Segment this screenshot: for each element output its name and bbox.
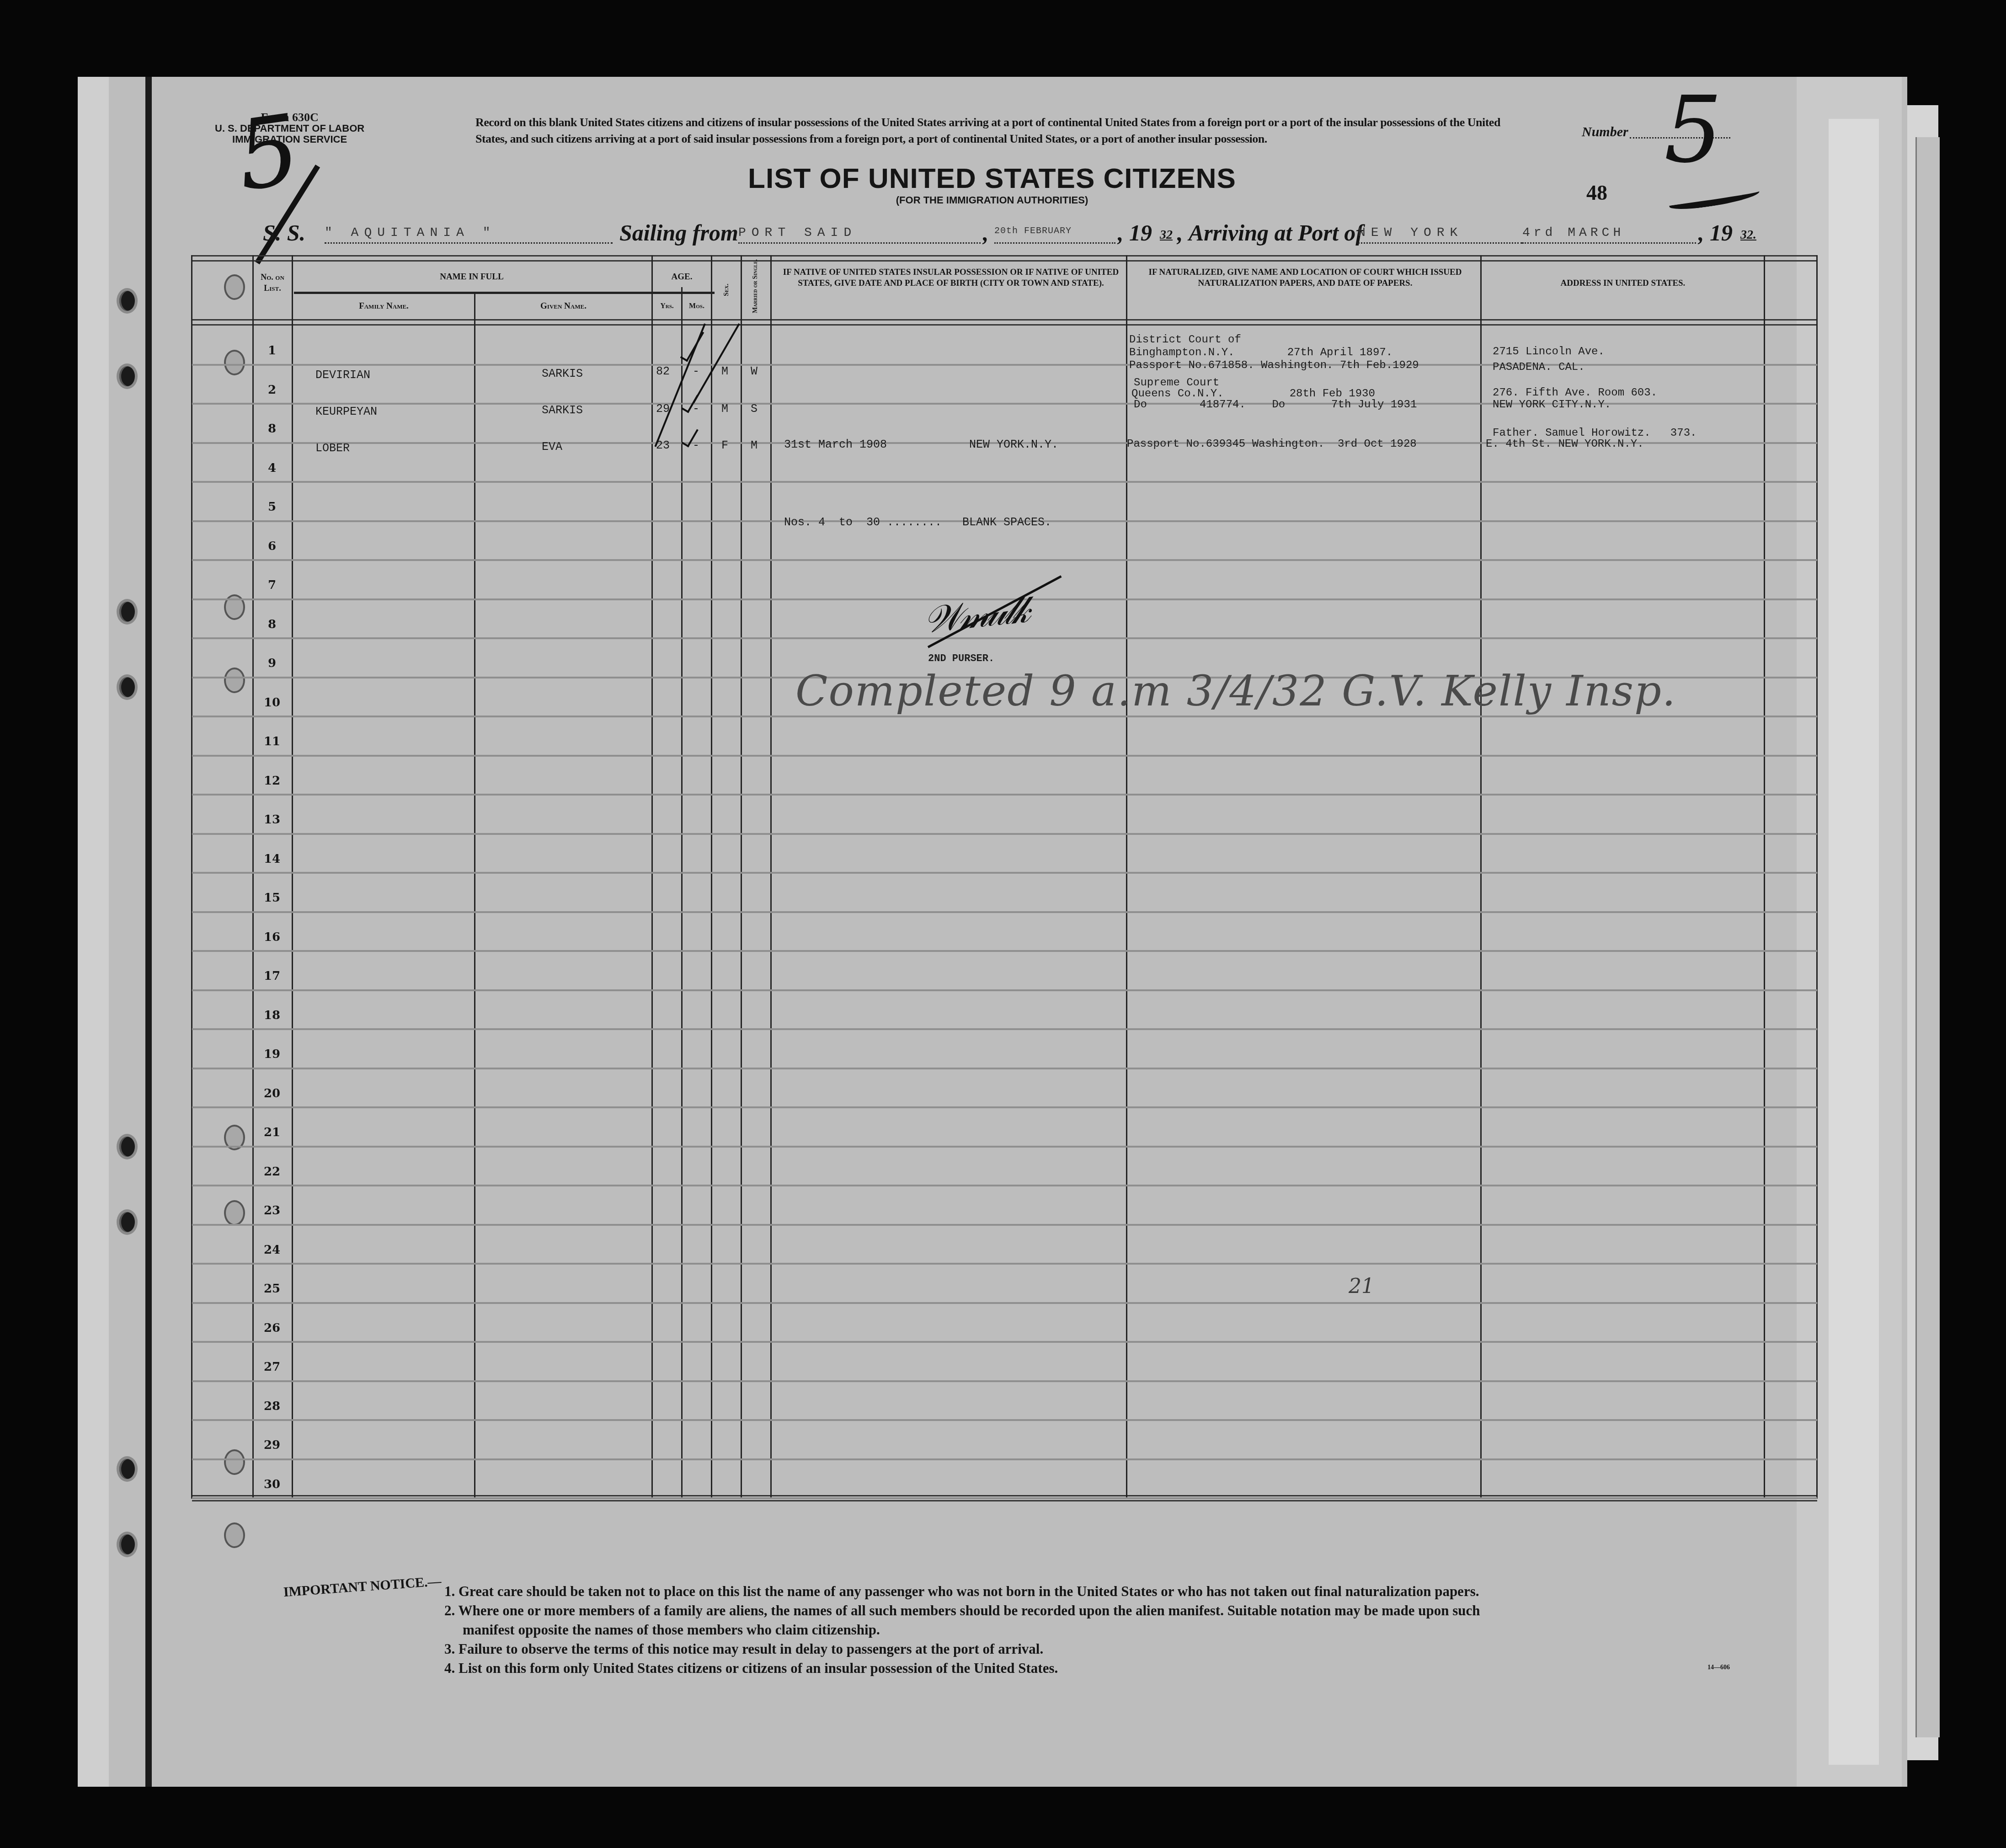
family-name: KEURPEYAN <box>315 405 377 418</box>
address-line-1: 276. Fifth Ave. Room 603. <box>1493 387 1657 399</box>
binder-hole <box>117 1134 138 1159</box>
notice-item-2: 2. Where one or more members of a family… <box>444 1601 1839 1620</box>
punch-ring <box>224 1522 245 1548</box>
check-stroke <box>655 323 706 447</box>
header-family-name: Family Name. <box>293 301 474 312</box>
row-number: 2 <box>251 383 293 397</box>
row-rule <box>192 1185 1817 1186</box>
family-name: DEVIRIAN <box>315 369 370 382</box>
sex: F <box>721 439 728 452</box>
row-number: 19 <box>251 1047 293 1061</box>
underlying-page-right-2 <box>1915 137 1940 1737</box>
naturalization-line-3: Passport No.671858. Washington. 7th Feb.… <box>1129 359 1419 372</box>
row-rule <box>192 1458 1817 1460</box>
address-line-1: 2715 Lincoln Ave. <box>1493 346 1605 358</box>
header-no-on-list: No. on List. <box>254 272 291 294</box>
notice-form-code: 14—606 <box>1707 1664 1730 1672</box>
sailing-date-field: 20th FEBRUARY <box>994 226 1115 244</box>
header-name-in-full: NAME IN FULL <box>293 272 650 283</box>
row-number: 16 <box>251 930 293 944</box>
row-number: 11 <box>251 735 293 748</box>
notice-item-3: 3. Failure to observe the terms of this … <box>444 1640 1839 1659</box>
given-name: SARKIS <box>542 404 583 417</box>
notice-item-4: 4. List on this form only United States … <box>444 1659 1839 1678</box>
header-sex: Sex. <box>721 276 732 304</box>
naturalization-line-2: Queens Co.N.Y. 28th Feb 1930 <box>1131 388 1375 400</box>
row-number: 24 <box>251 1243 293 1257</box>
row-number: 15 <box>251 891 293 905</box>
row-number: 4 <box>251 461 293 475</box>
row-rule <box>192 1263 1817 1265</box>
binder-hole <box>117 363 138 389</box>
header-age: AGE. <box>653 272 711 283</box>
row-rule <box>192 911 1817 913</box>
row-rule <box>192 1028 1817 1030</box>
blank-spaces-note: Nos. 4 to 30 ........ BLANK SPACES. <box>784 516 1051 529</box>
row-rule <box>192 755 1817 757</box>
birth-date: 31st March 1908 <box>784 438 887 451</box>
header-address: ADDRESS IN UNITED STATES. <box>1490 278 1755 289</box>
sex: M <box>721 365 728 378</box>
binder-hole <box>117 1456 138 1482</box>
row-number: 29 <box>251 1438 293 1452</box>
row-rule <box>192 1068 1817 1069</box>
sailing-port-field: PORT SAID <box>738 226 981 244</box>
row-rule <box>192 833 1817 835</box>
signature-title: 2ND PURSER. <box>928 653 994 664</box>
arriving-label: , Arriving at Port of <box>1177 219 1363 246</box>
row-number: 21 <box>251 1126 293 1139</box>
row-number: 10 <box>251 696 293 710</box>
header-given-name: Given Name. <box>475 301 651 312</box>
row-rule <box>192 1380 1817 1382</box>
age-years: 82 <box>656 365 670 378</box>
row-number: 30 <box>251 1478 293 1491</box>
given-name: SARKIS <box>542 367 583 380</box>
row-number: 25 <box>251 1282 293 1296</box>
row-number: 23 <box>251 1204 293 1218</box>
col-line <box>681 287 683 1499</box>
row-number: 7 <box>251 578 293 592</box>
row-number: 18 <box>251 1009 293 1022</box>
age-months: - <box>693 439 699 452</box>
row-number: 26 <box>251 1321 293 1335</box>
binding-margin-line <box>145 77 152 1787</box>
voyage-line: S. S. " AQUITANIA " Sailing from PORT SA… <box>263 219 1726 251</box>
notice-item-2-cont: manifest opposite the names of those mem… <box>444 1620 1839 1640</box>
arrival-port-field: NEW YORK <box>1358 226 1522 244</box>
header-married-or-single: Married or Single. <box>752 249 759 324</box>
row-rule <box>192 637 1817 639</box>
ss-label: S. S. <box>263 219 305 246</box>
page-edge-strip-light <box>1829 119 1879 1765</box>
age-months: - <box>693 402 699 416</box>
row-number: 1 <box>251 344 293 358</box>
binder-hole <box>117 1209 138 1235</box>
row-rule <box>192 950 1817 952</box>
intro-instructions: Record on this blank United States citiz… <box>475 114 1527 147</box>
binder-hole <box>117 288 138 314</box>
row-number: 8 <box>251 422 293 436</box>
marital-status: S <box>751 402 758 416</box>
row-number: 5 <box>251 500 293 514</box>
given-name: EVA <box>542 440 562 454</box>
header-birth-info: IF NATIVE OF UNITED STATES INSULAR POSSE… <box>782 267 1120 289</box>
family-name: LOBER <box>315 442 350 455</box>
row-rule <box>192 1302 1817 1304</box>
row-number: 14 <box>251 852 293 866</box>
table-top-border <box>192 255 1817 262</box>
header-mos: Mos. <box>683 301 711 312</box>
marital-status: W <box>751 365 758 378</box>
naturalization-line-2: Binghampton.N.Y. 27th April 1897. <box>1129 347 1392 359</box>
address-line-1: Father. Samuel Horowitz. 373. <box>1493 427 1697 439</box>
row-number: 12 <box>251 774 293 788</box>
arrival-year-prefix: , 19 <box>1698 219 1733 246</box>
notice-item-1: 1. Great care should be taken not to pla… <box>444 1582 1839 1601</box>
list-number-handwritten: 5 <box>1664 85 1722 176</box>
row-number: 6 <box>251 539 293 553</box>
arrival-year: 32. <box>1740 228 1756 242</box>
row-rule <box>192 481 1817 483</box>
notice-items: 1. Great care should be taken not to pla… <box>444 1582 1839 1678</box>
row-rule <box>192 794 1817 796</box>
binder-hole <box>117 599 138 625</box>
header-naturalization: IF NATURALIZED, GIVE NAME AND LOCATION O… <box>1136 267 1474 289</box>
arrival-date-field: 4rd MARCH <box>1522 226 1696 244</box>
row-rule <box>192 716 1817 717</box>
page-title: LIST OF UNITED STATES CITIZENS <box>741 162 1243 195</box>
row-number: 20 <box>251 1087 293 1100</box>
row-number: 9 <box>251 657 293 670</box>
stray-mark: 21 <box>1349 1275 1374 1298</box>
row-rule <box>192 559 1817 561</box>
row-rule <box>192 1341 1817 1343</box>
address-line-2: NEW YORK CITY.N.Y. <box>1493 399 1611 411</box>
row-number: 22 <box>251 1165 293 1179</box>
row-rule <box>192 989 1817 991</box>
page-number: 48 <box>1586 181 1607 205</box>
naturalization-line-1: District Court of <box>1129 334 1241 346</box>
col-line <box>474 292 475 1499</box>
binder-hole <box>117 1532 138 1557</box>
header-bottom-border <box>192 319 1817 326</box>
sailing-year-prefix: , 19 <box>1118 219 1152 246</box>
row-number: 8 <box>251 618 293 631</box>
row-rule <box>192 1419 1817 1421</box>
row-rule <box>192 1224 1817 1226</box>
address-line-2: E. 4th St. NEW YORK.N.Y. <box>1486 438 1644 450</box>
header-yrs: Yrs. <box>653 301 681 312</box>
binder-hole <box>117 674 138 700</box>
sailing-year: 32 <box>1160 228 1173 242</box>
row-number: 27 <box>251 1360 293 1374</box>
purser-signature: 𝒲𝓂𝓊𝓁𝓀 <box>922 588 1029 641</box>
inspector-completion-note: Completed 9 a.m 3/4/32 G.V. Kelly Insp. <box>795 667 1676 716</box>
sailing-from-label: Sailing from <box>619 219 738 246</box>
page-subtitle: (FOR THE IMMIGRATION AUTHORITIES) <box>832 194 1152 206</box>
row-number: 13 <box>251 813 293 827</box>
age-months: - <box>693 365 699 378</box>
naturalization-line-1: Supreme Court <box>1134 377 1219 389</box>
row-rule <box>192 1497 1817 1499</box>
marital-status: M <box>751 439 758 452</box>
naturalization-line-3: Passport No.639345 Washington. 3rd Oct 1… <box>1127 438 1417 450</box>
number-label: Number <box>1582 124 1628 140</box>
address-line-2: PASADENA. CAL. <box>1493 361 1585 374</box>
row-rule <box>192 1146 1817 1148</box>
birth-place: NEW YORK.N.Y. <box>969 438 1058 451</box>
row-rule <box>192 1106 1817 1108</box>
sex: M <box>721 402 728 416</box>
naturalization-line-3: Do 418774. Do 7th July 1931 <box>1134 399 1417 411</box>
row-number: 17 <box>251 969 293 983</box>
row-rule <box>192 872 1817 874</box>
comma: , <box>983 219 989 246</box>
row-number: 28 <box>251 1399 293 1413</box>
ship-name-field: " AQUITANIA " <box>325 226 613 244</box>
citizens-table: No. on List. NAME IN FULL Family Name. G… <box>192 255 1817 1499</box>
